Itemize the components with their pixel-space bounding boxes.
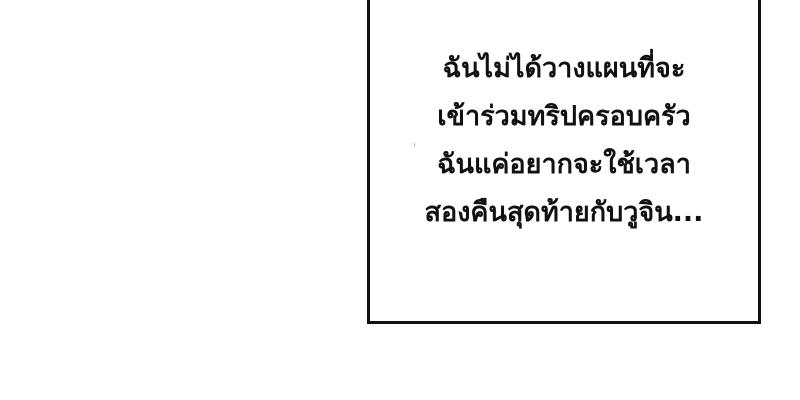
comic-caption-panel: ฉันไม่ได้วางแผนที่จะ เข้าร่วมทริปครอบครั… — [367, 0, 761, 324]
scan-artifact — [414, 143, 415, 147]
caption-line-1: ฉันไม่ได้วางแผนที่จะ — [370, 45, 758, 93]
caption-line-3: ฉันแค่อยากจะใช้เวลา — [370, 141, 758, 189]
caption-line-2: เข้าร่วมทริปครอบครัว — [370, 93, 758, 141]
caption-text: ฉันไม่ได้วางแผนที่จะ เข้าร่วมทริปครอบครั… — [370, 45, 758, 237]
caption-line-4: สองคืนสุดท้ายกับวูจิน... — [370, 189, 758, 237]
